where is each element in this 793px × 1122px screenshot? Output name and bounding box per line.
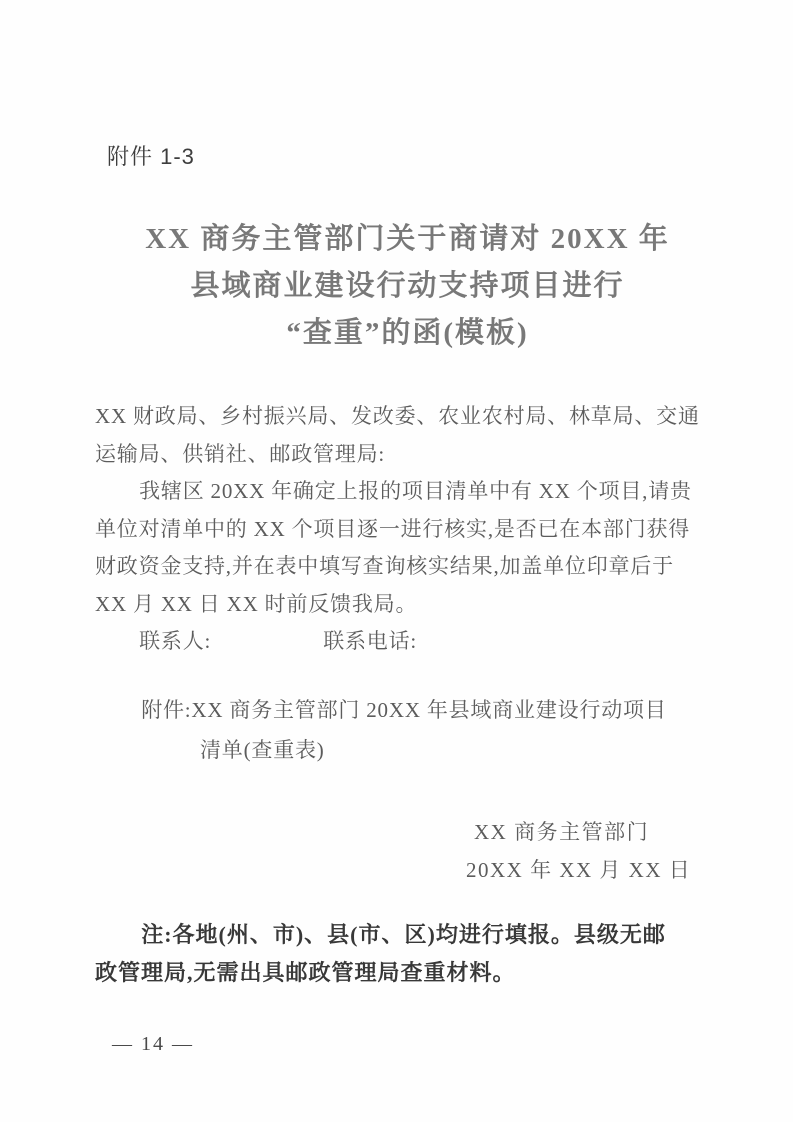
attachment-ref-line-2: 清单(查重表): [200, 730, 713, 770]
signature-date: 20XX 年 XX 月 XX 日: [466, 856, 691, 884]
document-page: 附件 1-3 XX 商务主管部门关于商请对 20XX 年 县域商业建设行动支持项…: [0, 0, 793, 1122]
footnote-line-2: 政管理局,无需出具邮政管理局查重材料。: [95, 954, 720, 992]
contact-person-label: 联系人:: [139, 629, 211, 653]
paragraph-line-4: XX 月 XX 日 XX 时前反馈我局。: [95, 586, 713, 624]
title-line-2: 县域商业建设行动支持项目进行: [11, 263, 793, 310]
contact-line: 联系人: 联系电话:: [95, 623, 713, 661]
document-title: XX 商务主管部门关于商请对 20XX 年 县域商业建设行动支持项目进行 “查重…: [11, 216, 793, 357]
recipients-line-2: 运输局、供销社、邮政管理局:: [95, 436, 713, 474]
title-line-3: “查重”的函(模板): [11, 310, 793, 357]
contact-phone-label: 联系电话:: [323, 629, 417, 653]
attachment-ref-line-1: 附件:XX 商务主管部门 20XX 年县域商业建设行动项目: [95, 690, 713, 730]
paragraph-line-3: 财政资金支持,并在表中填写查询核实结果,加盖单位印章后于: [95, 548, 713, 586]
paragraph-line-1: 我辖区 20XX 年确定上报的项目清单中有 XX 个项目,请贵: [95, 473, 713, 511]
footnote-line-1: 注:各地(州、市)、县(市、区)均进行填报。县级无邮: [95, 916, 720, 954]
recipients-line-1: XX 财政局、乡村振兴局、发改委、农业农村局、林草局、交通: [95, 398, 713, 436]
attachment-number-label: 附件 1-3: [107, 144, 195, 170]
signature-department: XX 商务主管部门: [474, 818, 649, 846]
title-line-1: XX 商务主管部门关于商请对 20XX 年: [11, 216, 793, 263]
letter-body: XX 财政局、乡村振兴局、发改委、农业农村局、林草局、交通 运输局、供销社、邮政…: [95, 398, 713, 661]
footnote: 注:各地(州、市)、县(市、区)均进行填报。县级无邮 政管理局,无需出具邮政管理…: [95, 916, 720, 992]
attachment-reference: 附件:XX 商务主管部门 20XX 年县域商业建设行动项目 清单(查重表): [95, 690, 713, 770]
paragraph-line-2: 单位对清单中的 XX 个项目逐一进行核实,是否已在本部门获得: [95, 511, 713, 549]
page-number: — 14 —: [112, 1030, 194, 1058]
